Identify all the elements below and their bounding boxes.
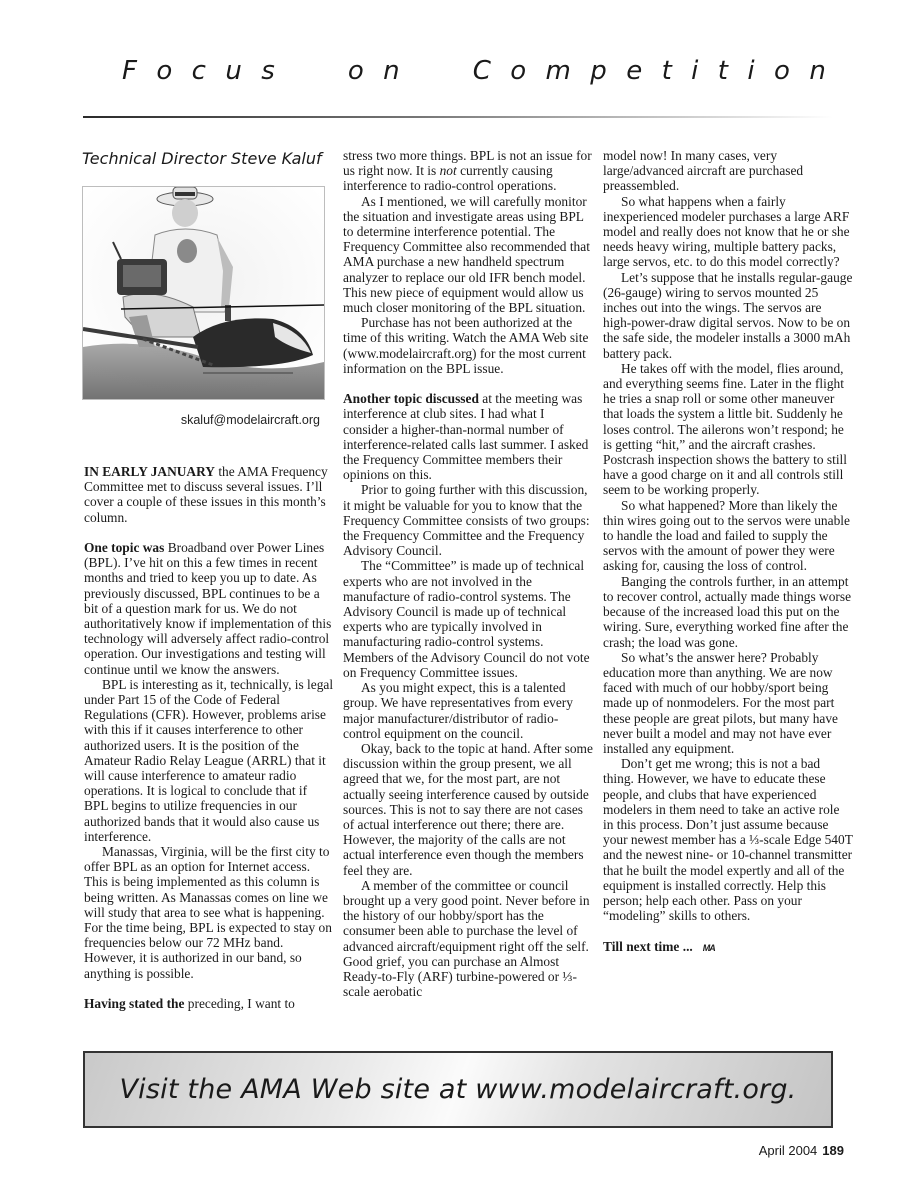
page-number: 189 xyxy=(822,1143,844,1158)
section-title: Focus on Competition xyxy=(122,56,822,86)
paragraph: The “Committee” is made up of technical … xyxy=(343,558,593,680)
paragraph: As you might expect, this is a talented … xyxy=(343,680,593,741)
author-byline: Technical Director Steve Kaluf xyxy=(82,149,322,168)
paragraph: Let’s suppose that he installs regular-g… xyxy=(603,270,853,361)
page-footer: April 2004189 xyxy=(759,1143,844,1158)
paragraph: One topic was Broadband over Power Lines… xyxy=(84,540,334,677)
lead-in: Having stated the xyxy=(84,996,184,1011)
paragraph: As I mentioned, we will carefully monito… xyxy=(343,194,593,316)
paragraph: Having stated the preceding, I want to xyxy=(84,996,334,1011)
article-column-2: stress two more things. BPL is not an is… xyxy=(343,148,593,999)
lead-in: One topic was xyxy=(84,540,164,555)
author-photo xyxy=(82,186,325,400)
paragraph: So what happened? More than likely the t… xyxy=(603,498,853,574)
photo-illustration xyxy=(83,187,324,399)
emphasis: not xyxy=(440,163,457,178)
issue-date: April 2004 xyxy=(759,1143,818,1158)
paragraph: Another topic discussed at the meeting w… xyxy=(343,391,593,482)
paragraph: A member of the committee or council bro… xyxy=(343,878,593,1000)
paragraph: Manassas, Virginia, will be the first ci… xyxy=(84,844,334,981)
paragraph: model now! In many cases, very large/adv… xyxy=(603,148,853,194)
closing-line: Till next time ...MA xyxy=(603,939,853,956)
paragraph: Okay, back to the topic at hand. After s… xyxy=(343,741,593,878)
ma-end-mark-icon: MA xyxy=(703,943,715,953)
website-banner: Visit the AMA Web site at www.modelaircr… xyxy=(83,1051,833,1128)
paragraph: Prior to going further with this discuss… xyxy=(343,482,593,558)
paragraph: So what happens when a fairly inexperien… xyxy=(603,194,853,270)
paragraph: stress two more things. BPL is not an is… xyxy=(343,148,593,194)
paragraph: IN EARLY JANUARY the AMA Frequency Commi… xyxy=(84,464,334,525)
lead-in: Another topic discussed xyxy=(343,391,479,406)
author-email[interactable]: skaluf@modelaircraft.org xyxy=(181,413,320,427)
banner-text[interactable]: Visit the AMA Web site at www.modelaircr… xyxy=(120,1074,797,1105)
header-divider xyxy=(83,116,833,118)
lead-in: IN EARLY JANUARY xyxy=(84,464,215,479)
paragraph: So what’s the answer here? Probably educ… xyxy=(603,650,853,756)
paragraph: BPL is interesting as it, technically, i… xyxy=(84,677,334,844)
paragraph: Don’t get me wrong; this is not a bad th… xyxy=(603,756,853,923)
article-column-1: IN EARLY JANUARY the AMA Frequency Commi… xyxy=(84,464,334,1011)
article-column-3: model now! In many cases, very large/adv… xyxy=(603,148,853,956)
paragraph: Banging the controls further, in an atte… xyxy=(603,574,853,650)
paragraph: He takes off with the model, flies aroun… xyxy=(603,361,853,498)
paragraph: Purchase has not been authorized at the … xyxy=(343,315,593,376)
